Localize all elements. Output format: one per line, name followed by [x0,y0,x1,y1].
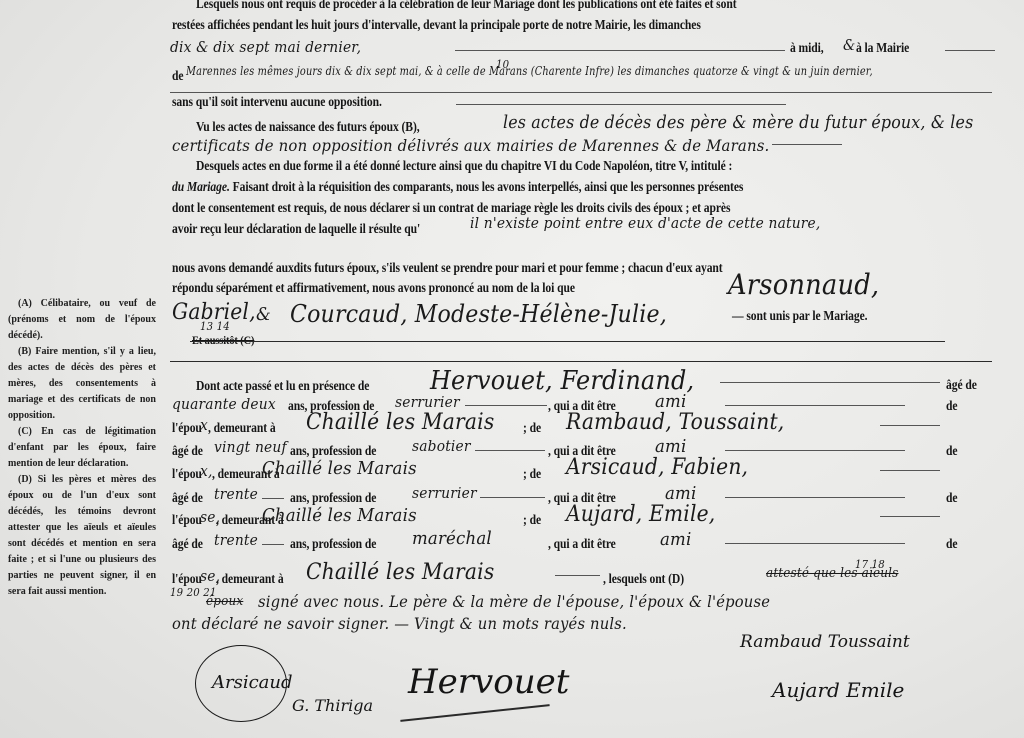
note-text: Si les pères et mères des époux ou de l'… [8,474,156,597]
witness-1-age: quarante deux [172,395,276,413]
printed-ans-profession: ans, profession de [290,490,376,506]
handwritten-husband-surname: Arsonnaud, [728,268,879,301]
handwritten-wife-name: Courcaud, Modeste-Hélène-Julie, [290,300,667,328]
signature-arsicaud: Arsicaud [212,672,293,693]
closing-line-1: signé avec nous. Le père & la mère de l'… [258,592,770,611]
fill-line [880,425,940,426]
witness-3-residence: Chaillé les Marais [262,505,417,526]
fill-line [475,450,545,451]
closing-struck-word: époux [206,594,243,609]
witness-2-age: vingt neuf [214,438,287,456]
signature-hervouet: Hervouet [408,662,569,702]
fill-line [262,544,284,545]
signature-aujard: Aujard Emile [772,678,904,702]
witness-4-residence: Chaillé les Marais [306,560,494,585]
printed-du-mariage: du Mariage. [172,179,230,194]
fill-line [465,405,547,406]
fill-line [455,50,785,51]
fill-line [880,516,940,517]
note-label: (D) [18,474,32,485]
witness-3-age: trente [214,485,258,503]
printed-a-midi: à midi, [790,40,824,56]
printed-lesquels-ont: , lesquels ont (D) [603,571,684,587]
fill-line [170,92,992,93]
handwritten-et: & [843,36,855,54]
witness-2-relation: ami [655,436,686,457]
printed-ans-profession: ans, profession de [290,536,376,552]
note-label: (C) [18,426,32,437]
fill-line [720,382,940,383]
superscript-number: 10 [496,58,509,71]
witness-3-name: Arsicaud, Fabien, [566,455,748,480]
witness-3-profession: serrurier [412,484,477,502]
witness-4-age: trente [214,531,258,549]
printed-avoir-recu: avoir reçu leur déclaration de laquelle … [172,221,420,237]
margin-note-d: (D) Si les pères et mères des époux ou d… [8,472,156,600]
handwritten-contrat: il n'existe point entre eux d'acte de ce… [470,214,820,232]
strike-rule [190,341,945,342]
printed-qui-a-dit-etre: , qui a dit être [548,536,616,552]
fill-line [725,450,905,451]
printed-l-epoux: l'épou [172,571,202,587]
printed-line-restees: restées affichées pendant les huit jours… [172,17,701,33]
fill-line [262,498,284,499]
closing-line-2: ont déclaré ne savoir signer. — Vingt & … [172,614,627,633]
printed-demeurant-a: , demeurant à [216,571,284,587]
signature-underline [400,704,549,722]
note-label: (B) [18,346,31,357]
witness-3-relation: ami [665,483,696,504]
signature-thiriga: G. Thiriga [292,696,373,715]
printed-ans-profession: ans, profession de [290,443,376,459]
margin-note-a: (A) Célibataire, ou veuf de (prénoms et … [8,296,156,344]
witness-1-relation: ami [655,391,686,412]
printed-semicolon-de: ; de [523,466,541,482]
printed-nous-avons-demande: nous avons demandé auxdits futurs époux,… [172,260,723,276]
printed-age-de: âgé de [172,490,203,506]
fill-line [772,144,842,145]
witness-4-relation: ami [660,529,691,550]
signature-rambaud: Rambaud Toussaint [740,632,910,652]
printed-a-la-mairie: à la Mairie [856,40,909,56]
printed-semicolon-de: ; de [523,420,541,436]
printed-de: de [946,443,957,459]
scanned-register-page: Lesquels nous ont requis de procéder à l… [0,0,1024,738]
margin-note-c: (C) En cas de légitimation d'enfant par … [8,424,156,472]
printed-age-de: âgé de [172,536,203,552]
witness-2-name: Rambaud, Toussaint, [566,410,784,435]
handwritten-certificats: certificats de non opposition délivrés a… [172,136,769,155]
witness-4-profession: maréchal [412,528,492,549]
printed-age-de: âgé de [946,377,977,393]
witness-2-of: x, [200,462,213,480]
margin-note-b: (B) Faire mention, s'il y a lieu, des ac… [8,344,156,424]
printed-l-epoux: l'épou [172,466,202,482]
witness-2-profession: sabotier [412,437,471,455]
handwritten-and: & [256,304,271,325]
witness-2-residence: Chaillé les Marais [262,458,417,479]
section-rule [170,361,992,362]
fill-line [555,575,600,576]
printed-l-epoux: l'épou [172,512,202,528]
printed-sans-opposition: sans qu'il soit intervenu aucune opposit… [172,94,382,110]
fill-line [456,104,786,105]
printed-faisant-droit-line: du Mariage. Faisant droit à la réquisiti… [172,179,743,195]
printed-sont-unis: — sont unis par le Mariage. [732,308,868,324]
printed-semicolon-de: ; de [523,512,541,528]
margin-numbers: 13 14 [200,320,230,333]
printed-l-epoux: l'épou [172,420,202,436]
printed-dont-acte: Dont acte passé et lu en présence de [196,378,369,394]
fill-line [725,405,905,406]
fill-line [945,50,995,51]
printed-age-de: âgé de [172,443,203,459]
printed-vu-les-actes: Vu les actes de naissance des futurs épo… [196,119,420,135]
witness-1-profession: serrurier [395,393,460,411]
fill-line [880,470,940,471]
printed-de: de [946,398,957,414]
printed-desquels: Desquels actes en due forme il a été don… [196,158,732,174]
fill-line [480,497,545,498]
note-text: Faire mention, s'il y a lieu, des actes … [8,346,156,421]
printed-faisant-droit: Faisant droit à la réquisition des compa… [233,179,744,194]
fill-line [725,497,905,498]
witness-1-of: x [200,416,208,434]
note-label: (A) [18,298,32,309]
printed-demeurant-a: , demeurant à [208,420,276,436]
handwritten-actes-deces: les actes de décès des père & mère du fu… [503,112,973,133]
printed-repondu: répondu séparément et affirmativement, n… [172,280,575,296]
printed-de: de [172,68,183,84]
witness-4-name: Aujard, Emile, [566,502,715,527]
printed-line-publications: Lesquels nous ont requis de procéder à l… [196,0,736,12]
handwritten-dimanches: dix & dix sept mai dernier, [170,38,361,56]
fill-line [725,543,905,544]
superscript-numbers: 17 18 [855,558,885,571]
printed-de: de [946,536,957,552]
handwritten-marennes-line: Marennes les mêmes jours dix & dix sept … [186,63,873,78]
printed-de: de [946,490,957,506]
witness-1-residence: Chaillé les Marais [306,410,494,435]
